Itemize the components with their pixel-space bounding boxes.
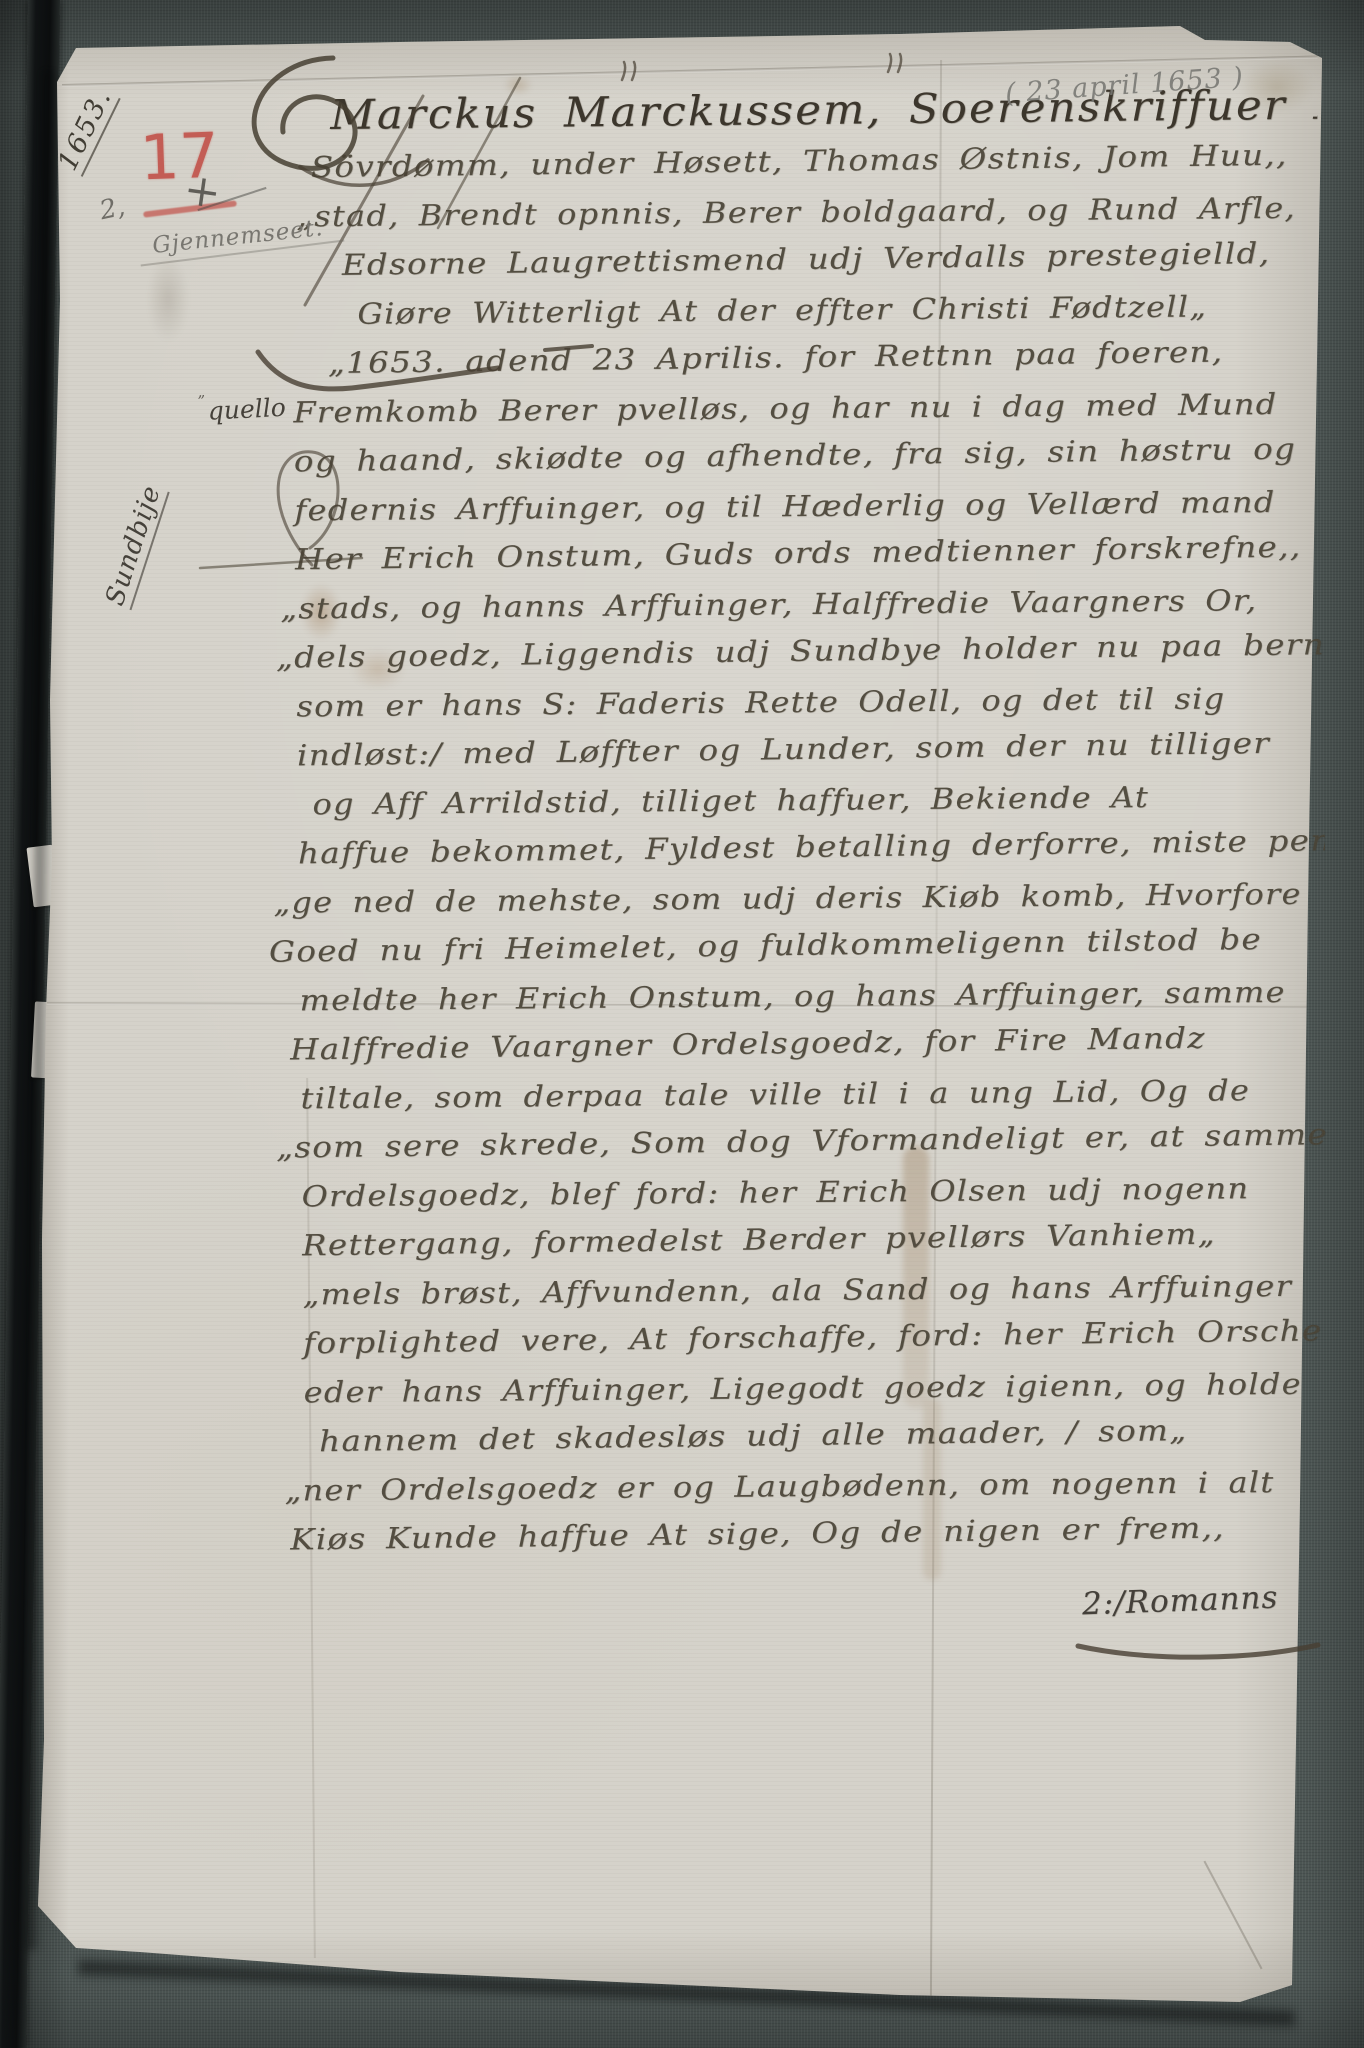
manuscript-text-block: Marckus Marckussem, Soerenskriffuer Efft… [235, 77, 1332, 1565]
margin-note-quello: ”quello [197, 388, 286, 427]
corner-crease [1203, 1861, 1262, 1970]
body-lines: Sövrdømm, under Høsett, Thomas Østnis, J… [236, 133, 1333, 1565]
pencil-plus-mark: + [181, 164, 225, 220]
margin-note-text: quello [207, 393, 286, 426]
catchword: 2:/Romanns [1081, 1580, 1278, 1623]
insertion-mark: ” [197, 392, 206, 410]
stain [147, 256, 189, 342]
